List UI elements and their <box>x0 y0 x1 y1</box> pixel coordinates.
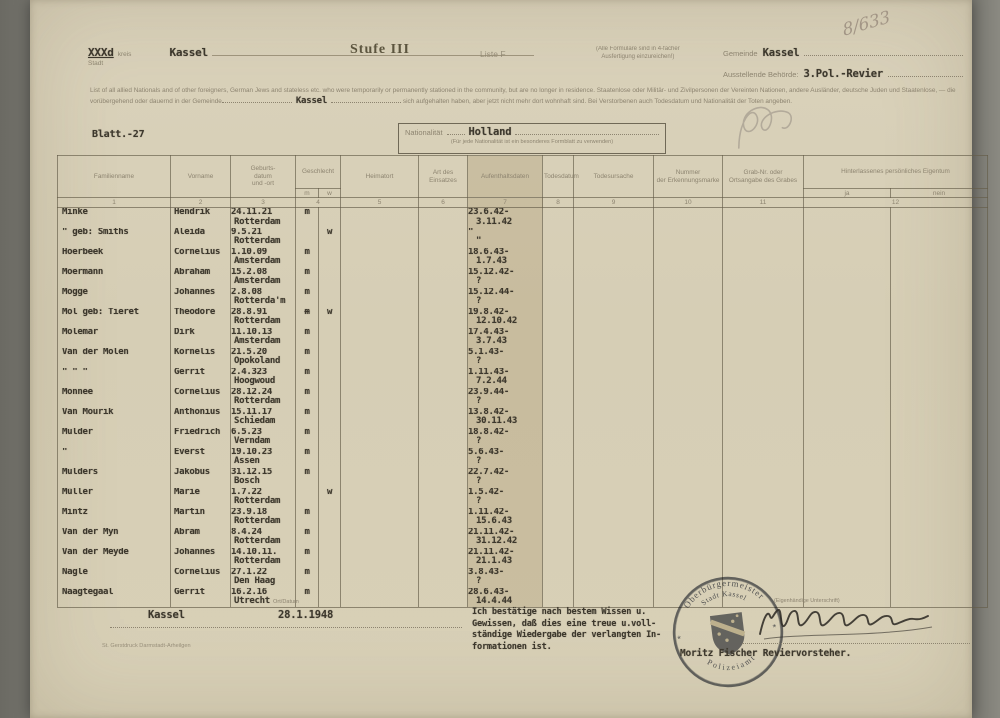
cell-property-no <box>891 348 988 368</box>
cell-employment-type <box>419 308 468 328</box>
sex-m-mark: m <box>304 208 309 218</box>
cell-family-name: Moermann <box>58 268 171 288</box>
cell-stay-dates: 1.11.43-7.2.44 <box>468 368 543 388</box>
cell-home-town <box>341 328 419 348</box>
cell-family-name: Molemar <box>58 328 171 348</box>
cell-stay-dates: 1.5.42-? <box>468 488 543 508</box>
cell-id-tag-number <box>654 368 723 388</box>
table-row: HoerbeekCornelius1.10.09Amsterdamm18.6.4… <box>58 248 988 268</box>
cell-death-cause <box>574 368 654 388</box>
cell-death-cause <box>574 348 654 368</box>
place-value: Kassel <box>148 609 185 621</box>
cell-property-yes <box>804 408 891 428</box>
cell-sex-m: m <box>296 348 319 368</box>
cell-given-name: Abraham <box>171 268 231 288</box>
behoerde-label: Ausstellende Behörde: <box>723 70 798 79</box>
stay-to: ? <box>468 477 542 487</box>
cell-employment-type <box>419 508 468 528</box>
cell-stay-dates: 23.6.42-3.11.42 <box>468 208 543 228</box>
cell-given-name: Gerrit <box>171 368 231 388</box>
birth-place: Rotterdam <box>231 218 295 228</box>
stay-to: 12.10.42 <box>468 317 542 327</box>
cell-id-tag-number <box>654 228 723 248</box>
cell-given-name: Anthonius <box>171 408 231 428</box>
cell-home-town <box>341 228 419 248</box>
cell-employment-type <box>419 568 468 588</box>
birth-place: Rotterdam <box>231 517 295 527</box>
column-header-12: Hinterlassenes persönliches Eigentum <box>804 156 988 189</box>
cell-property-no <box>891 368 988 388</box>
column-header-4: Geschlecht <box>296 156 341 189</box>
cell-home-town <box>341 428 419 448</box>
cell-death-date <box>543 308 574 328</box>
region-crossed-label: XXXd <box>88 46 114 59</box>
paper-sheet: XXXd kreis Kassel Stadt Stufe III Liste … <box>30 0 972 718</box>
column-header-6: Art des Einsatzes <box>419 156 468 198</box>
cell-birth: 11.10.13Amsterdam <box>231 328 296 348</box>
cell-property-no <box>891 568 988 588</box>
table-row: Van der MeydeJohannes14.10.11.Rotterdamm… <box>58 548 988 568</box>
cell-grave-location <box>723 268 804 288</box>
stay-to: 7.2.44 <box>468 377 542 387</box>
subcolumn-header: m <box>296 189 319 198</box>
cell-property-no <box>891 508 988 528</box>
table-row: MolemarDirk11.10.13Amsterdamm17.4.43-3.7… <box>58 328 988 348</box>
cell-family-name: Mulders <box>58 468 171 488</box>
cell-employment-type <box>419 388 468 408</box>
copies-note: (Alle Formulare sind in 4-facher Ausfert… <box>596 46 680 61</box>
cell-stay-dates: 13.8.42-30.11.43 <box>468 408 543 428</box>
cell-property-yes <box>804 208 891 228</box>
subcolumn-header: ja <box>804 189 891 198</box>
cell-death-date <box>543 228 574 248</box>
cell-death-date <box>543 208 574 228</box>
cell-property-yes <box>804 288 891 308</box>
cell-property-no <box>891 268 988 288</box>
cell-stay-dates: 3.8.43-? <box>468 568 543 588</box>
table-row: " " "Gerrit2.4.323Hoogwoudm1.11.43-7.2.4… <box>58 368 988 388</box>
cell-death-date <box>543 448 574 468</box>
table-row: NagleCornelius27.1.22Den Haagm3.8.43-? <box>58 568 988 588</box>
cell-property-yes <box>804 528 891 548</box>
table-row: MuldersJakobus31.12.15Boschm22.7.42-? <box>58 468 988 488</box>
cell-stay-dates: "" <box>468 228 543 248</box>
cell-grave-location <box>723 348 804 368</box>
sex-m-mark: m <box>304 268 309 277</box>
cell-death-cause <box>574 468 654 488</box>
region-block: XXXd kreis Kassel Stadt <box>88 46 534 67</box>
cell-employment-type <box>419 428 468 448</box>
cell-family-name: Van der Meyde <box>58 548 171 568</box>
cell-sex-m: m <box>296 368 319 388</box>
cell-death-cause <box>574 488 654 508</box>
cell-property-yes <box>804 468 891 488</box>
cell-property-yes <box>804 228 891 248</box>
cell-death-date <box>543 468 574 488</box>
cell-death-date <box>543 588 574 608</box>
sex-m-mark: m <box>304 548 309 557</box>
cell-property-no <box>891 528 988 548</box>
cell-property-no <box>891 468 988 488</box>
table-body: MinkeHendrik24.11.21Rotterdamm23.6.42-3.… <box>58 208 988 608</box>
cell-id-tag-number <box>654 428 723 448</box>
stay-to: 3.7.43 <box>468 337 542 347</box>
column-header-5: Heimatort <box>341 156 419 198</box>
sex-m-mark: m <box>304 368 309 377</box>
cell-property-yes <box>804 508 891 528</box>
cell-property-yes <box>804 548 891 568</box>
cell-birth: 9.5.21Rotterdam <box>231 228 296 248</box>
birth-place: Opokoland <box>231 357 295 367</box>
cell-employment-type <box>419 328 468 348</box>
cell-death-cause <box>574 388 654 408</box>
table-row: Van MourikAnthonius15.11.17Schiedamm13.8… <box>58 408 988 428</box>
cell-stay-dates: 15.12.42-? <box>468 268 543 288</box>
table-row: MoggeJohannes2.8.08Rotterda'mm15.12.44-? <box>58 288 988 308</box>
cell-sex-m: m <box>296 508 319 528</box>
stay-to: 30.11.43 <box>468 417 542 427</box>
column-number-12: 12 <box>804 198 988 208</box>
birth-place: Rotterdam <box>231 557 295 567</box>
cell-sex-w <box>319 508 341 528</box>
sex-m-mark: m <box>304 328 309 337</box>
cell-sex-w <box>319 368 341 388</box>
cell-given-name: Marie <box>171 488 231 508</box>
cell-sex-w <box>319 588 341 608</box>
cell-death-cause <box>574 568 654 588</box>
birth-place: Assen <box>231 457 295 467</box>
cell-property-no <box>891 488 988 508</box>
sex-m-mark: m <box>304 468 309 477</box>
cell-sex-m: m <box>296 448 319 468</box>
cell-birth: 2.4.323Hoogwoud <box>231 368 296 388</box>
birth-place: Rotterdam <box>231 537 295 547</box>
svg-text:*: * <box>677 634 682 644</box>
intro-line1: List of all allied Nationals and of othe… <box>90 87 595 94</box>
issuing-block: Gemeinde Kassel Ausstellende Behörde: 3.… <box>723 47 963 89</box>
cell-given-name: Gerrit <box>171 588 231 608</box>
table-head: FamiliennameVornameGeburts- datum und -o… <box>58 156 988 208</box>
birth-place: Amsterdam <box>231 277 295 287</box>
sex-m-mark: m <box>304 388 309 397</box>
cell-stay-dates: 28.6.43-14.4.44 <box>468 588 543 608</box>
table-row: Van der MolenKornelis21.5.20Opokolandm5.… <box>58 348 988 368</box>
table-row: Mol geb: TieretTheodore28.8.91Rotterdamm… <box>58 308 988 328</box>
fill-line <box>110 627 462 628</box>
cell-home-town <box>341 548 419 568</box>
cell-birth: 21.5.20Opokoland <box>231 348 296 368</box>
cell-sex-m: m <box>296 208 319 228</box>
table-row: MulderFriedrich6.5.23Verndamm18.8.42-? <box>58 428 988 448</box>
cell-sex-m: m <box>296 388 319 408</box>
cell-stay-dates: 5.6.43-? <box>468 448 543 468</box>
sex-m-mark: m <box>304 528 309 537</box>
cell-property-yes <box>804 268 891 288</box>
cell-sex-m: m <box>296 288 319 308</box>
stay-to: 14.4.44 <box>468 597 542 607</box>
cell-employment-type <box>419 288 468 308</box>
scanned-document: XXXd kreis Kassel Stadt Stufe III Liste … <box>0 0 1000 718</box>
cell-given-name: Kornelis <box>171 348 231 368</box>
cell-home-town <box>341 528 419 548</box>
cell-death-date <box>543 568 574 588</box>
cell-id-tag-number <box>654 528 723 548</box>
intro-line2-post: sich aufgehalten haben, <box>403 98 471 105</box>
stay-to: ? <box>468 297 542 307</box>
date-value: 28.1.1948 <box>278 609 333 621</box>
cell-death-cause <box>574 428 654 448</box>
birth-place: Rotterdam <box>231 497 295 507</box>
cell-death-date <box>543 368 574 388</box>
cell-family-name: Müller <box>58 488 171 508</box>
cell-home-town <box>341 248 419 268</box>
cell-grave-location <box>723 408 804 428</box>
birth-place: Amsterdam <box>231 337 295 347</box>
cell-id-tag-number <box>654 208 723 228</box>
stay-to: 21.1.43 <box>468 557 542 567</box>
cell-property-no <box>891 548 988 568</box>
cell-home-town <box>341 408 419 428</box>
gemeinde-value: Kassel <box>763 47 800 59</box>
cell-given-name: Dirk <box>171 328 231 348</box>
cell-sex-m: m <box>296 308 319 328</box>
column-number-8: 8 <box>543 198 574 208</box>
cell-death-cause <box>574 208 654 228</box>
cell-given-name: Everst <box>171 448 231 468</box>
column-header-9: Todesursache <box>574 156 654 198</box>
cell-birth: 1.7.22Rotterdam <box>231 488 296 508</box>
birth-place: Rotterdam <box>231 317 295 327</box>
cell-grave-location <box>723 468 804 488</box>
cell-death-date <box>543 248 574 268</box>
table-row: Van der MynAbram8.4.24Rotterdamm21.11.42… <box>58 528 988 548</box>
cell-death-date <box>543 428 574 448</box>
cell-family-name: Hoerbeek <box>58 248 171 268</box>
birth-place: Amsterdam <box>231 257 295 267</box>
column-number-7: 7 <box>468 198 543 208</box>
cell-employment-type <box>419 208 468 228</box>
cell-sex-w: w <box>319 228 341 248</box>
intro-paragraph: List of all allied Nationals and of othe… <box>90 85 962 107</box>
cell-property-no <box>891 248 988 268</box>
cell-sex-w <box>319 468 341 488</box>
cell-family-name: Naagtegaal <box>58 588 171 608</box>
cell-death-cause <box>574 228 654 248</box>
cell-id-tag-number <box>654 508 723 528</box>
nationality-value: Holland <box>469 126 512 138</box>
cell-death-cause <box>574 408 654 428</box>
cell-sex-w <box>319 568 341 588</box>
cell-death-cause <box>574 248 654 268</box>
sex-m-mark: m <box>304 308 309 317</box>
stay-to: ? <box>468 497 542 507</box>
region-alt-label: Stadt <box>88 60 534 67</box>
cell-birth: 24.11.21Rotterdam <box>231 208 296 228</box>
cell-sex-w <box>319 528 341 548</box>
cell-death-date <box>543 328 574 348</box>
cell-grave-location <box>723 488 804 508</box>
header-row-numbers: 123456789101112 <box>58 198 988 208</box>
cell-death-date <box>543 548 574 568</box>
column-number-11: 11 <box>723 198 804 208</box>
cell-sex-m: m <box>296 328 319 348</box>
sex-m-mark: m <box>304 448 309 457</box>
cell-birth: 6.5.23Verndam <box>231 428 296 448</box>
column-number-3: 3 <box>231 198 296 208</box>
cell-grave-location <box>723 248 804 268</box>
cell-property-no <box>891 228 988 248</box>
cell-property-yes <box>804 388 891 408</box>
cell-death-cause <box>574 528 654 548</box>
cell-death-date <box>543 268 574 288</box>
column-number-5: 5 <box>341 198 419 208</box>
intro-gemeinde-value: Kassel <box>296 96 327 106</box>
cell-property-yes <box>804 488 891 508</box>
cell-sex-w <box>319 208 341 228</box>
cell-death-cause <box>574 288 654 308</box>
fill-line <box>515 134 659 135</box>
cell-property-yes <box>804 368 891 388</box>
table-row: "Everst19.10.23Assenm5.6.43-? <box>58 448 988 468</box>
table-row: MonneeCornelius28.12.24Rotterdamm23.9.44… <box>58 388 988 408</box>
cell-id-tag-number <box>654 268 723 288</box>
cell-grave-location <box>723 548 804 568</box>
column-header-7: Aufenthaltsdaten <box>468 156 543 198</box>
column-number-10: 10 <box>654 198 723 208</box>
cell-family-name: " " " <box>58 368 171 388</box>
sex-m-mark: m <box>304 508 309 517</box>
fill-line <box>742 643 970 644</box>
stay-to: " <box>468 237 542 247</box>
column-number-4: 4 <box>296 198 341 208</box>
cell-id-tag-number <box>654 448 723 468</box>
table-row: " geb: SmithsAleida9.5.21Rotterdamw"" <box>58 228 988 248</box>
cell-given-name: Hendrik <box>171 208 231 228</box>
fill-line <box>888 76 963 77</box>
cell-stay-dates: 19.8.42-12.10.42 <box>468 308 543 328</box>
cell-sex-w <box>319 288 341 308</box>
cell-stay-dates: 5.1.43-? <box>468 348 543 368</box>
cell-given-name: Jakobus <box>171 468 231 488</box>
column-header-10: Nummer der Erkennungsmarke <box>654 156 723 198</box>
fill-line <box>331 102 401 103</box>
column-header-11: Grab-Nr. oder Ortsangabe des Grabes <box>723 156 804 198</box>
cell-property-no <box>891 288 988 308</box>
column-number-2: 2 <box>171 198 231 208</box>
cell-given-name: Theodore <box>171 308 231 328</box>
cell-id-tag-number <box>654 248 723 268</box>
stay-to: ? <box>468 277 542 287</box>
cell-given-name: Martin <box>171 508 231 528</box>
cell-death-date <box>543 348 574 368</box>
cell-given-name: Abram <box>171 528 231 548</box>
cell-home-town <box>341 568 419 588</box>
cell-property-yes <box>804 308 891 328</box>
cell-given-name: Aleida <box>171 228 231 248</box>
cell-grave-location <box>723 328 804 348</box>
sex-m-mark: m <box>304 568 309 577</box>
cell-death-cause <box>574 328 654 348</box>
handwritten-archive-number: 8/633 <box>841 7 892 40</box>
cell-home-town <box>341 508 419 528</box>
cell-sex-m: m <box>296 248 319 268</box>
cell-property-yes <box>804 328 891 348</box>
cell-id-tag-number <box>654 488 723 508</box>
subcolumn-header: nein <box>891 189 988 198</box>
birth-place: Hoogwoud <box>231 377 295 387</box>
cell-employment-type <box>419 448 468 468</box>
cell-stay-dates: 17.4.43-3.7.43 <box>468 328 543 348</box>
cell-family-name: Mintz <box>58 508 171 528</box>
stay-to: 3.11.42 <box>468 218 542 228</box>
cell-sex-w <box>319 328 341 348</box>
birth-place: Rotterdam <box>231 397 295 407</box>
cell-employment-type <box>419 248 468 268</box>
cell-death-date <box>543 528 574 548</box>
column-header-1: Familienname <box>58 156 171 198</box>
cell-home-town <box>341 308 419 328</box>
cell-grave-location <box>723 288 804 308</box>
cell-sex-w <box>319 448 341 468</box>
cell-stay-dates: 1.11.42-15.6.43 <box>468 508 543 528</box>
cell-grave-location <box>723 428 804 448</box>
cell-family-name: Van Mourik <box>58 408 171 428</box>
cell-employment-type <box>419 228 468 248</box>
cell-death-cause <box>574 548 654 568</box>
region-suffix-label: kreis <box>118 51 132 58</box>
cell-sex-m: m <box>296 408 319 428</box>
stay-to: ? <box>468 397 542 407</box>
cell-sex-w <box>319 248 341 268</box>
cell-home-town <box>341 448 419 468</box>
cell-sex-w <box>319 388 341 408</box>
fill-line <box>447 134 465 135</box>
cell-home-town <box>341 268 419 288</box>
table-row: MoermannAbraham15.2.08Amsterdamm15.12.42… <box>58 268 988 288</box>
cell-property-no <box>891 388 988 408</box>
cell-stay-dates: 18.6.43-1.7.43 <box>468 248 543 268</box>
cell-grave-location <box>723 308 804 328</box>
column-header-8: Todesdatum <box>543 156 574 198</box>
cell-sex-w <box>319 428 341 448</box>
cell-stay-dates: 15.12.44-? <box>468 288 543 308</box>
cell-family-name: Mol geb: Tieret <box>58 308 171 328</box>
cell-id-tag-number <box>654 468 723 488</box>
cell-birth: 15.2.08Amsterdam <box>231 268 296 288</box>
cell-sex-w: w <box>319 488 341 508</box>
column-number-6: 6 <box>419 198 468 208</box>
cell-grave-location <box>723 528 804 548</box>
gemeinde-label: Gemeinde <box>723 49 758 58</box>
sex-m-mark: m <box>304 428 309 437</box>
cell-given-name: Johannes <box>171 548 231 568</box>
cell-employment-type <box>419 548 468 568</box>
cell-sex-w <box>319 548 341 568</box>
cell-sex-m: m <box>296 568 319 588</box>
cell-death-cause <box>574 268 654 288</box>
cell-property-no <box>891 428 988 448</box>
stay-to: 31.12.42 <box>468 537 542 547</box>
table-row: MüllerMarie1.7.22Rotterdamw1.5.42-? <box>58 488 988 508</box>
birth-place: Rotterda'm <box>231 297 295 307</box>
cell-property-yes <box>804 568 891 588</box>
cell-family-name: Mogge <box>58 288 171 308</box>
sex-m-mark: m <box>304 408 309 417</box>
cell-grave-location <box>723 208 804 228</box>
sex-m-mark: m <box>304 588 309 597</box>
cell-employment-type <box>419 268 468 288</box>
liste-label: Liste F <box>480 49 506 59</box>
